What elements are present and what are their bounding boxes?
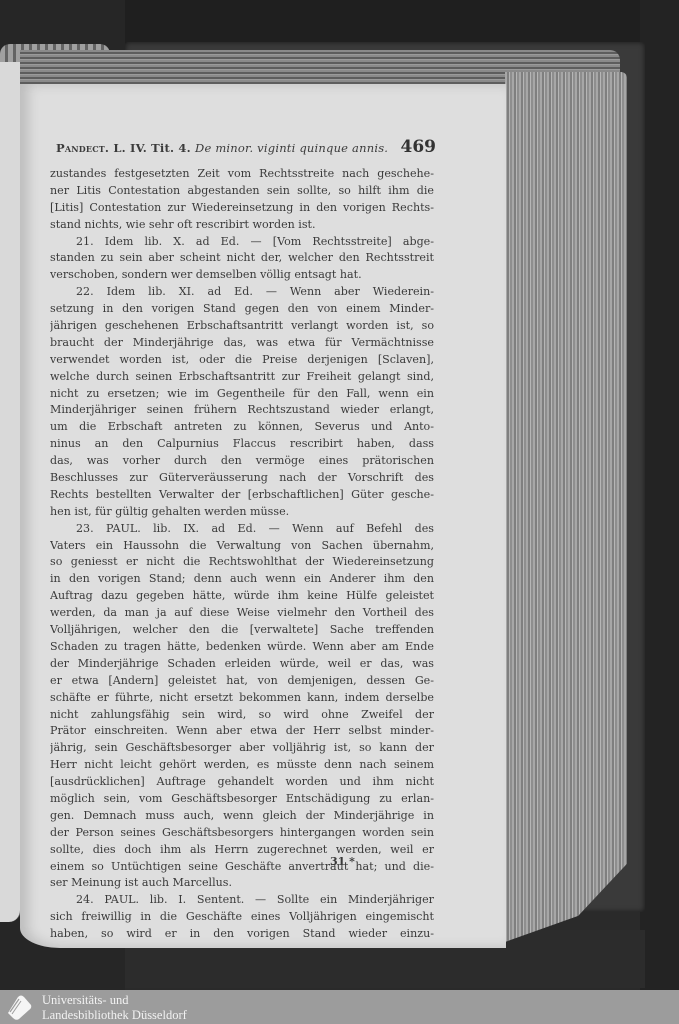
text-line: jährigen geschehenen Erbschaftsantritt v… — [50, 318, 434, 335]
text-line: [ausdrücklichen] Auftrage gehandelt word… — [50, 774, 434, 791]
text-line: Herr nicht leicht gehört werden, es müss… — [50, 757, 434, 774]
text-line: standen zu sein aber scheint nicht der, … — [50, 250, 434, 267]
text-line: braucht der Minderjährige das, was etwa … — [50, 335, 434, 352]
text-line: nicht zu ersetzen; wie im Gegentheile fü… — [50, 386, 434, 403]
text-line: verschoben, sondern wer demselben völlig… — [50, 267, 434, 284]
text-line: das, was vorher durch den vermöge eines … — [50, 453, 434, 470]
text-line: haben, so wird er in den vorigen Stand w… — [50, 926, 434, 943]
text-line: welche durch seinen Erbschaftsantritt zu… — [50, 369, 434, 386]
institution-name: Universitäts- und Landesbibliothek Düsse… — [42, 993, 187, 1022]
text-line: um die Erbschaft antreten zu können, Sev… — [50, 419, 434, 436]
running-head-book: L. IV. — [113, 141, 147, 155]
text-line: werden, da man ja auf diese Weise vielme… — [50, 605, 434, 622]
text-line: sollte, dies doch ihm als Herrn zugerech… — [50, 842, 434, 859]
institution-line-2: Landesbibliothek Düsseldorf — [42, 1008, 187, 1023]
text-line: Minderjähriger seinen frühern Rechtszust… — [50, 402, 434, 419]
signature-mark: 31 * — [330, 855, 355, 868]
text-line: stand nichts, wie sehr oft rescribirt wo… — [50, 217, 434, 234]
text-line: nicht zahlungsfähig sein wird, so wird o… — [50, 707, 434, 724]
running-head-reference: Pandect. L. IV. Tit. 4. De minor. vigint… — [56, 141, 388, 155]
text-line: Schaden zu tragen hätte, bedenken würde.… — [50, 639, 434, 656]
text-line: hen ist, für gültig gehalten werden müss… — [50, 504, 434, 521]
text-line: verwendet worden ist, oder die Preise de… — [50, 352, 434, 369]
text-line: der Person seines Geschäftsbesorgers hin… — [50, 825, 434, 842]
text-line: ser Meinung ist auch Marcellus. — [50, 875, 434, 892]
text-line: möglich sein, vom Geschäftsbesorger Ents… — [50, 791, 434, 808]
text-line: in den vorigen Stand; denn auch wenn ein… — [50, 571, 434, 588]
paragraph-23-start: 23. PAUL. lib. IX. ad Ed. — Wenn auf Bef… — [50, 521, 434, 538]
text-line: einem so Untüchtigen seine Geschäfte anv… — [50, 859, 434, 876]
text-line: Volljährigen, welcher den die [verwaltet… — [50, 622, 434, 639]
text-line: zustandes festgesetzten Zeit vom Rechtss… — [50, 166, 434, 183]
paragraph-21-start: 21. Idem lib. X. ad Ed. — [Vom Rechtsstr… — [50, 234, 434, 251]
text-line: schäfte er führte, nicht ersetzt bekomme… — [50, 690, 434, 707]
running-head-title: De minor. viginti quinque annis. — [195, 141, 388, 155]
text-line: Auftrag dazu gegeben hätte, würde ihm ke… — [50, 588, 434, 605]
page-number: 469 — [401, 137, 437, 157]
paragraph-22-start: 22. Idem lib. XI. ad Ed. — Wenn aber Wie… — [50, 284, 434, 301]
text-line: er etwa [Andern] geleistet hat, von demj… — [50, 673, 434, 690]
text-line: setzung in den vorigen Stand gegen den v… — [50, 301, 434, 318]
body-text: zustandes festgesetzten Zeit vom Rechtss… — [50, 166, 434, 943]
background-right — [640, 0, 679, 990]
book-logo-icon — [4, 993, 34, 1021]
text-line: Rechts bestellten Verwalter der [erbscha… — [50, 487, 434, 504]
text-line: Beschlusses zur Güterveräusserung nach d… — [50, 470, 434, 487]
text-line: ner Litis Contestation abgestanden sein … — [50, 183, 434, 200]
footer-bar: Universitäts- und Landesbibliothek Düsse… — [0, 990, 679, 1024]
page-stack-fore-edge — [505, 72, 627, 942]
text-line: der Minderjährige Schaden erleiden würde… — [50, 656, 434, 673]
text-line: gen. Demnach muss auch, wenn gleich der … — [50, 808, 434, 825]
institution-line-1: Universitäts- und — [42, 993, 187, 1008]
left-page-sliver — [0, 62, 21, 922]
paragraph-24-start: 24. PAUL. lib. I. Sentent. — Sollte ein … — [50, 892, 434, 909]
text-line: sich freiwillig in die Geschäfte eines V… — [50, 909, 434, 926]
text-line: Prätor einschreiten. Wenn aber etwa der … — [50, 723, 434, 740]
text-line: ninus an den Calpurnius Flaccus rescribi… — [50, 436, 434, 453]
running-head: Pandect. L. IV. Tit. 4. De minor. vigint… — [56, 137, 436, 159]
text-line: [Litis] Contestation zur Wiedereinsetzun… — [50, 200, 434, 217]
running-head-label: Pandect. — [56, 141, 109, 155]
running-head-title-ref: Tit. 4. — [151, 141, 191, 155]
text-line: so geniesst er nicht die Rechtswohlthat … — [50, 554, 434, 571]
text-line: jährig, sein Geschäftsbesorger aber voll… — [50, 740, 434, 757]
text-line: Vaters ein Haussohn die Verwaltung von S… — [50, 538, 434, 555]
